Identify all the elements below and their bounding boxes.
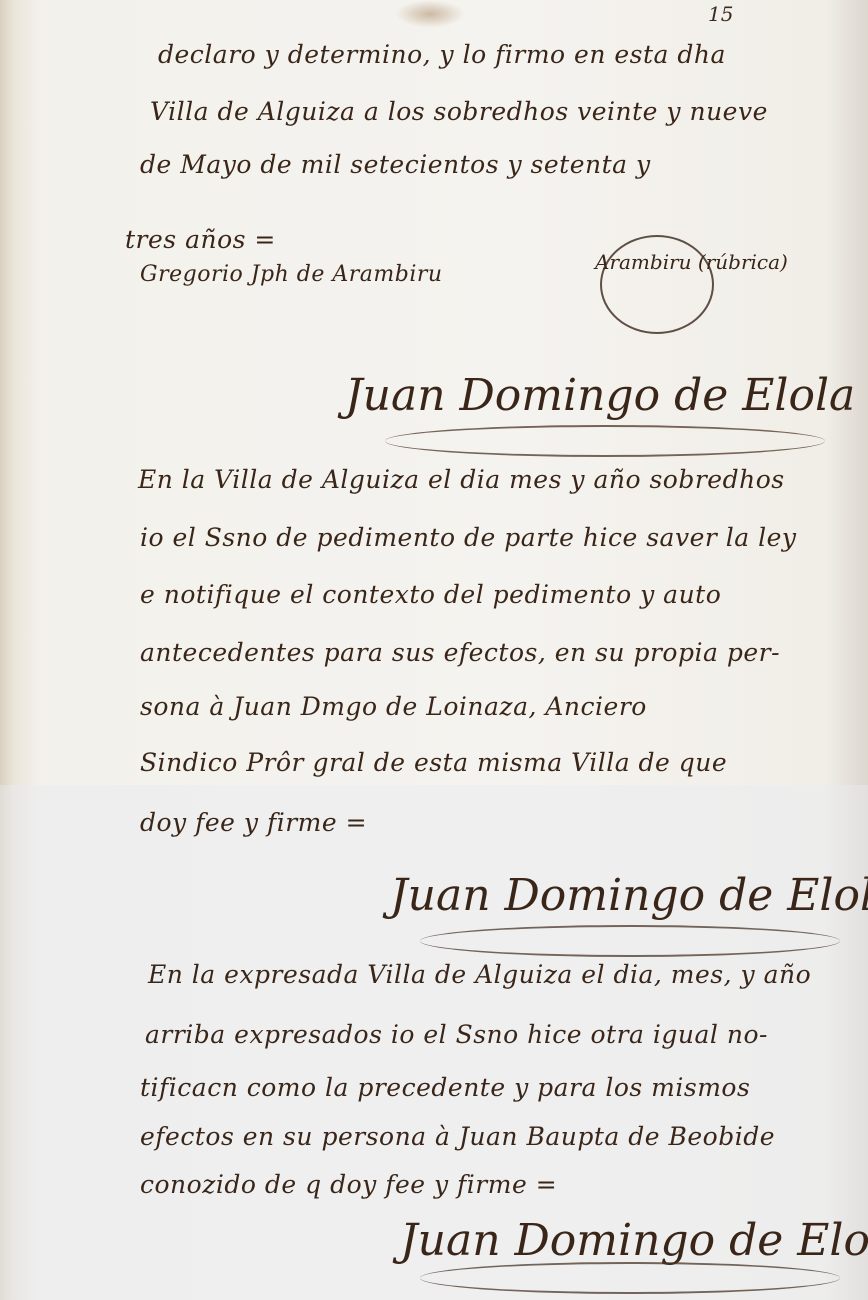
signature: Juan Domingo de Elola [345,370,855,421]
signature-text: Juan Domingo de Elola [345,370,855,421]
signature-flourish [600,235,714,334]
text-line: conozido de q doy fee y firme = [140,1170,557,1199]
text-line: Sindico Prôr gral de esta misma Villa de… [140,748,727,777]
signature-text: Juan Domingo de Elola [390,870,868,921]
text-line: tres años = [125,225,276,254]
signature: Juan Domingo de Elola [400,1215,868,1266]
water-stain [395,0,465,28]
text-line: sona à Juan Dmgo de Loinaza, Anciero [140,692,647,721]
text-line: e notifique el contexto del pedimento y … [140,580,721,609]
signature: Juan Domingo de Elola [390,870,868,921]
folio-number: 15 [708,2,733,26]
text-line: En la expresada Villa de Alguiza el dia,… [148,960,811,989]
text-line: En la Villa de Alguiza el dia mes y año … [138,465,785,494]
manuscript-page: 15 declaro y determino, y lo firmo en es… [0,0,868,1300]
text-line: declaro y determino, y lo firmo en esta … [158,40,726,69]
text-line: doy fee y firme = [140,808,367,837]
text-line: de Mayo de mil setecientos y setenta y [140,150,651,179]
text-line: arriba expresados io el Ssno hice otra i… [145,1020,768,1049]
text-line: Villa de Alguiza a los sobredhos veinte … [150,97,768,126]
text-line: efectos en su persona à Juan Baupta de B… [140,1122,775,1151]
signature-name: Gregorio Jph de Arambiru [140,262,443,287]
signature-rubric-lines [385,425,825,457]
signature-rubric-lines [420,925,840,957]
text-line: io el Ssno de pedimento de parte hice sa… [140,523,797,552]
text-line: antecedentes para sus efectos, en su pro… [140,638,780,667]
text-line: tificacn como la precedente y para los m… [140,1073,750,1102]
signature-rubric-lines [420,1262,840,1294]
signature-text: Juan Domingo de Elola [400,1215,868,1266]
